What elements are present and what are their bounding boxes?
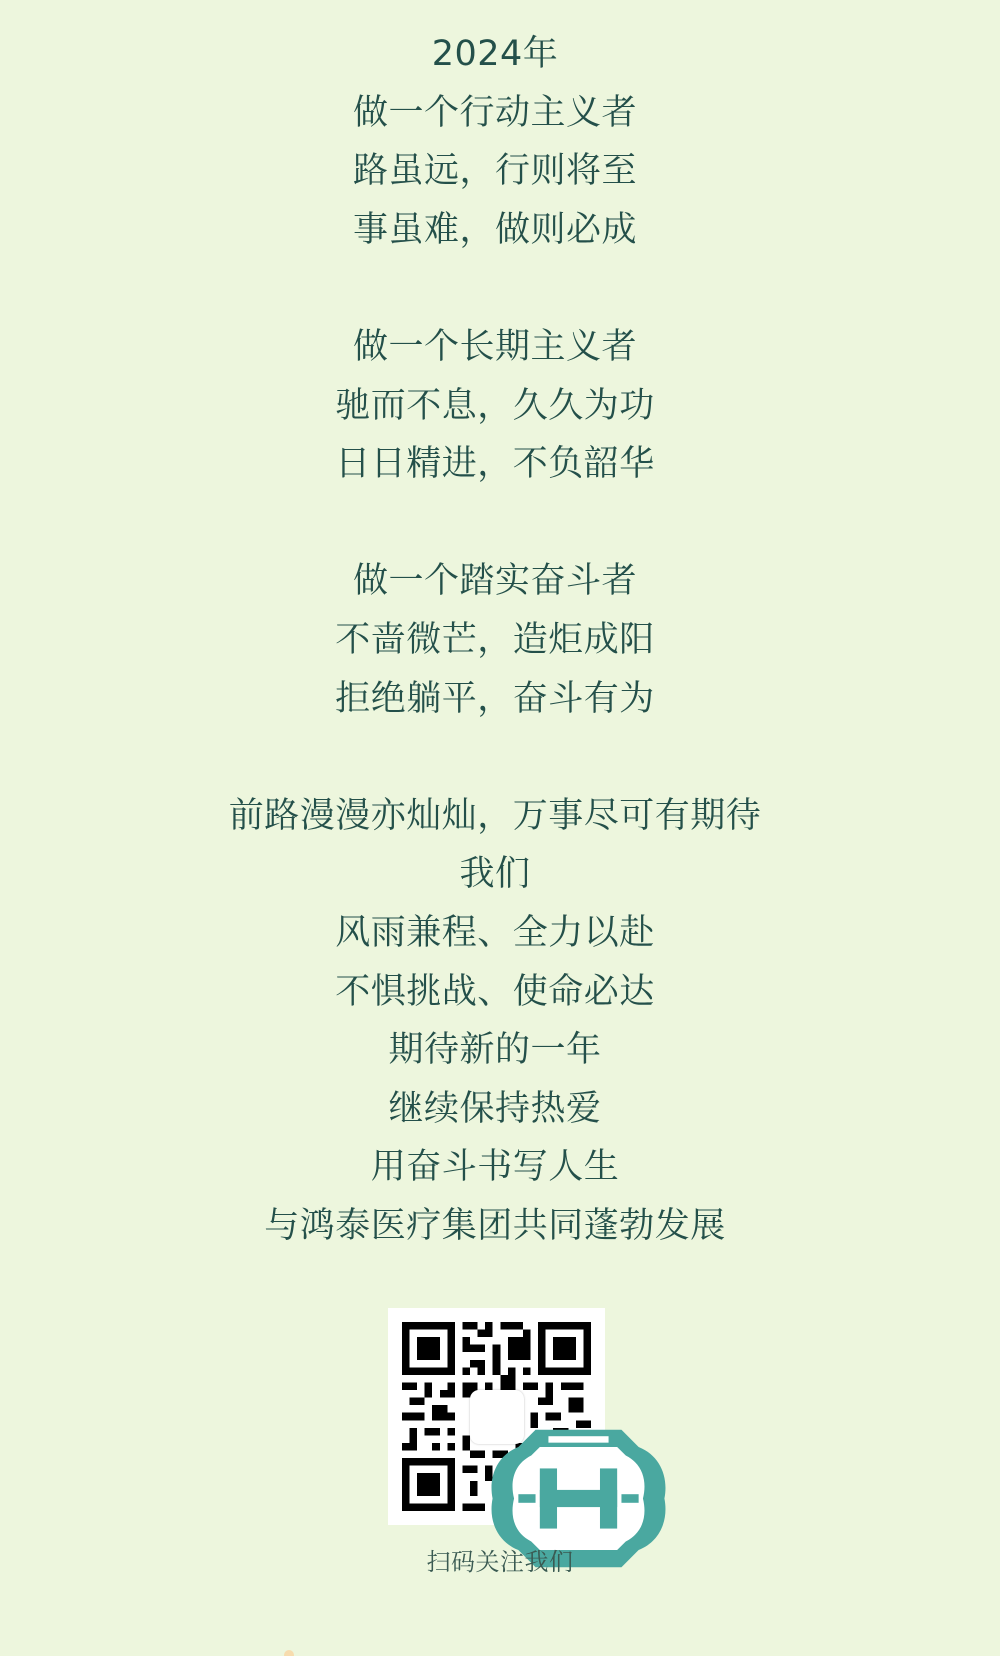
stanza-1: 2024年 做一个行动主义者 路虽远，行则将至 事虽难，做则必成 [0,25,990,259]
stanza-4: 前路漫漫亦灿灿，万事尽可有期待 我们 风雨兼程、全力以赴 不惧挑战、使命必达 期… [0,787,990,1256]
stanza-spacer [0,728,990,787]
qr-code[interactable] [388,1308,605,1525]
decorative-dot [284,1650,294,1656]
poem-line: 用奋斗书写人生 [0,1138,990,1197]
poem-line: 路虽远，行则将至 [0,142,990,201]
poem-line: 事虽难，做则必成 [0,201,990,260]
poem-line: 做一个长期主义者 [0,318,990,377]
stanza-3: 做一个踏实奋斗者 不啬微芒，造炬成阳 拒绝躺平，奋斗有为 [0,552,990,728]
poem: 2024年 做一个行动主义者 路虽远，行则将至 事虽难，做则必成 做一个长期主义… [0,25,990,1255]
stanza-spacer [0,259,990,318]
poem-line: 继续保持热爱 [0,1080,990,1139]
poem-year-title: 2024年 [0,25,990,84]
stanza-spacer [0,494,990,553]
poem-line: 风雨兼程、全力以赴 [0,904,990,963]
poem-line: 不啬微芒，造炬成阳 [0,611,990,670]
poem-line: 做一个踏实奋斗者 [0,552,990,611]
poem-line: 不惧挑战、使命必达 [0,963,990,1022]
poem-line: 驰而不息，久久为功 [0,377,990,436]
stanza-2: 做一个长期主义者 驰而不息，久久为功 日日精进，不负韶华 [0,318,990,494]
poem-line: 拒绝躺平，奋斗有为 [0,670,990,729]
poem-line: 与鸿泰医疗集团共同蓬勃发展 [0,1197,990,1256]
poem-line: 前路漫漫亦灿灿，万事尽可有期待 [0,787,990,846]
poem-line: 做一个行动主义者 [0,84,990,143]
brand-logo-icon [470,1390,524,1444]
poem-line: 我们 [0,845,990,904]
poem-line: 日日精进，不负韶华 [0,435,990,494]
poem-line: 期待新的一年 [0,1021,990,1080]
qr-caption: 扫码关注我们 [0,1542,1000,1577]
